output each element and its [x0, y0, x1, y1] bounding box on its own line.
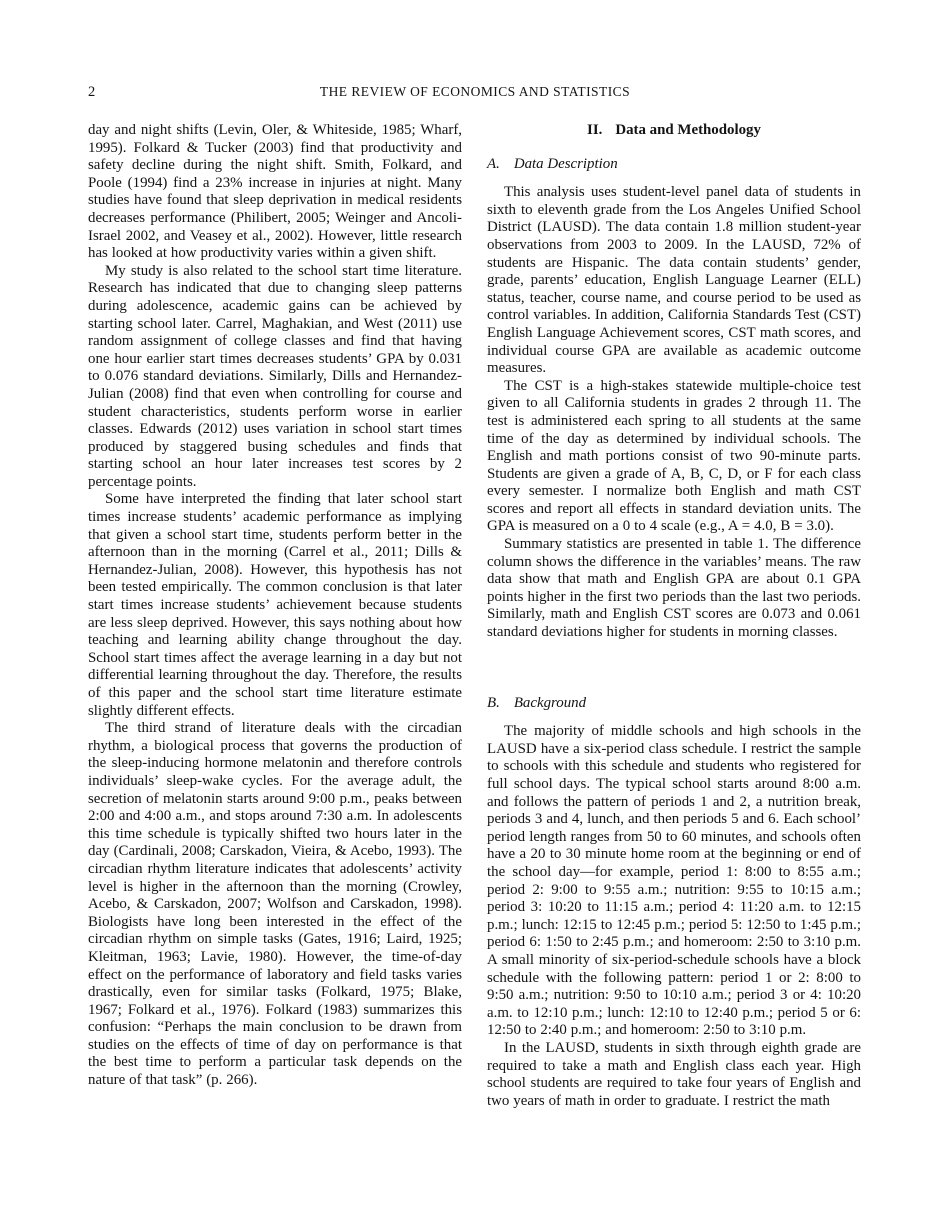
- paragraph: The third strand of literature deals wit…: [88, 720, 462, 1089]
- two-column-body: day and night shifts (Levin, Oler, & Whi…: [88, 122, 862, 1110]
- subsection-title: Data Description: [514, 156, 618, 172]
- subsection-label: A.: [487, 156, 500, 172]
- subsection-heading-b: B.Background: [487, 695, 861, 713]
- paragraph: Some have interpreted the finding that l…: [88, 491, 462, 720]
- paper-page: 2 THE REVIEW OF ECONOMICS AND STATISTICS…: [0, 0, 950, 1221]
- section-title: Data and Methodology: [615, 122, 761, 138]
- right-column: II.Data and Methodology A.Data Descripti…: [487, 122, 861, 1110]
- section-heading: II.Data and Methodology: [487, 122, 861, 140]
- paragraph: Summary statistics are presented in tabl…: [487, 536, 861, 642]
- paragraph: In the LAUSD, students in sixth through …: [487, 1040, 861, 1110]
- section-number: II.: [587, 122, 602, 138]
- paragraph: My study is also related to the school s…: [88, 263, 462, 492]
- subsection-label: B.: [487, 695, 500, 711]
- paragraph: The majority of middle schools and high …: [487, 723, 861, 1040]
- page-number: 2: [88, 84, 95, 100]
- running-head: THE REVIEW OF ECONOMICS AND STATISTICS: [88, 84, 862, 100]
- page-header: 2 THE REVIEW OF ECONOMICS AND STATISTICS: [88, 84, 862, 100]
- subsection-title: Background: [514, 695, 586, 711]
- paragraph: The CST is a high-stakes statewide multi…: [487, 378, 861, 536]
- paragraph: This analysis uses student-level panel d…: [487, 184, 861, 378]
- left-column: day and night shifts (Levin, Oler, & Whi…: [88, 122, 462, 1110]
- subsection-heading-a: A.Data Description: [487, 156, 861, 174]
- paragraph: day and night shifts (Levin, Oler, & Whi…: [88, 122, 462, 263]
